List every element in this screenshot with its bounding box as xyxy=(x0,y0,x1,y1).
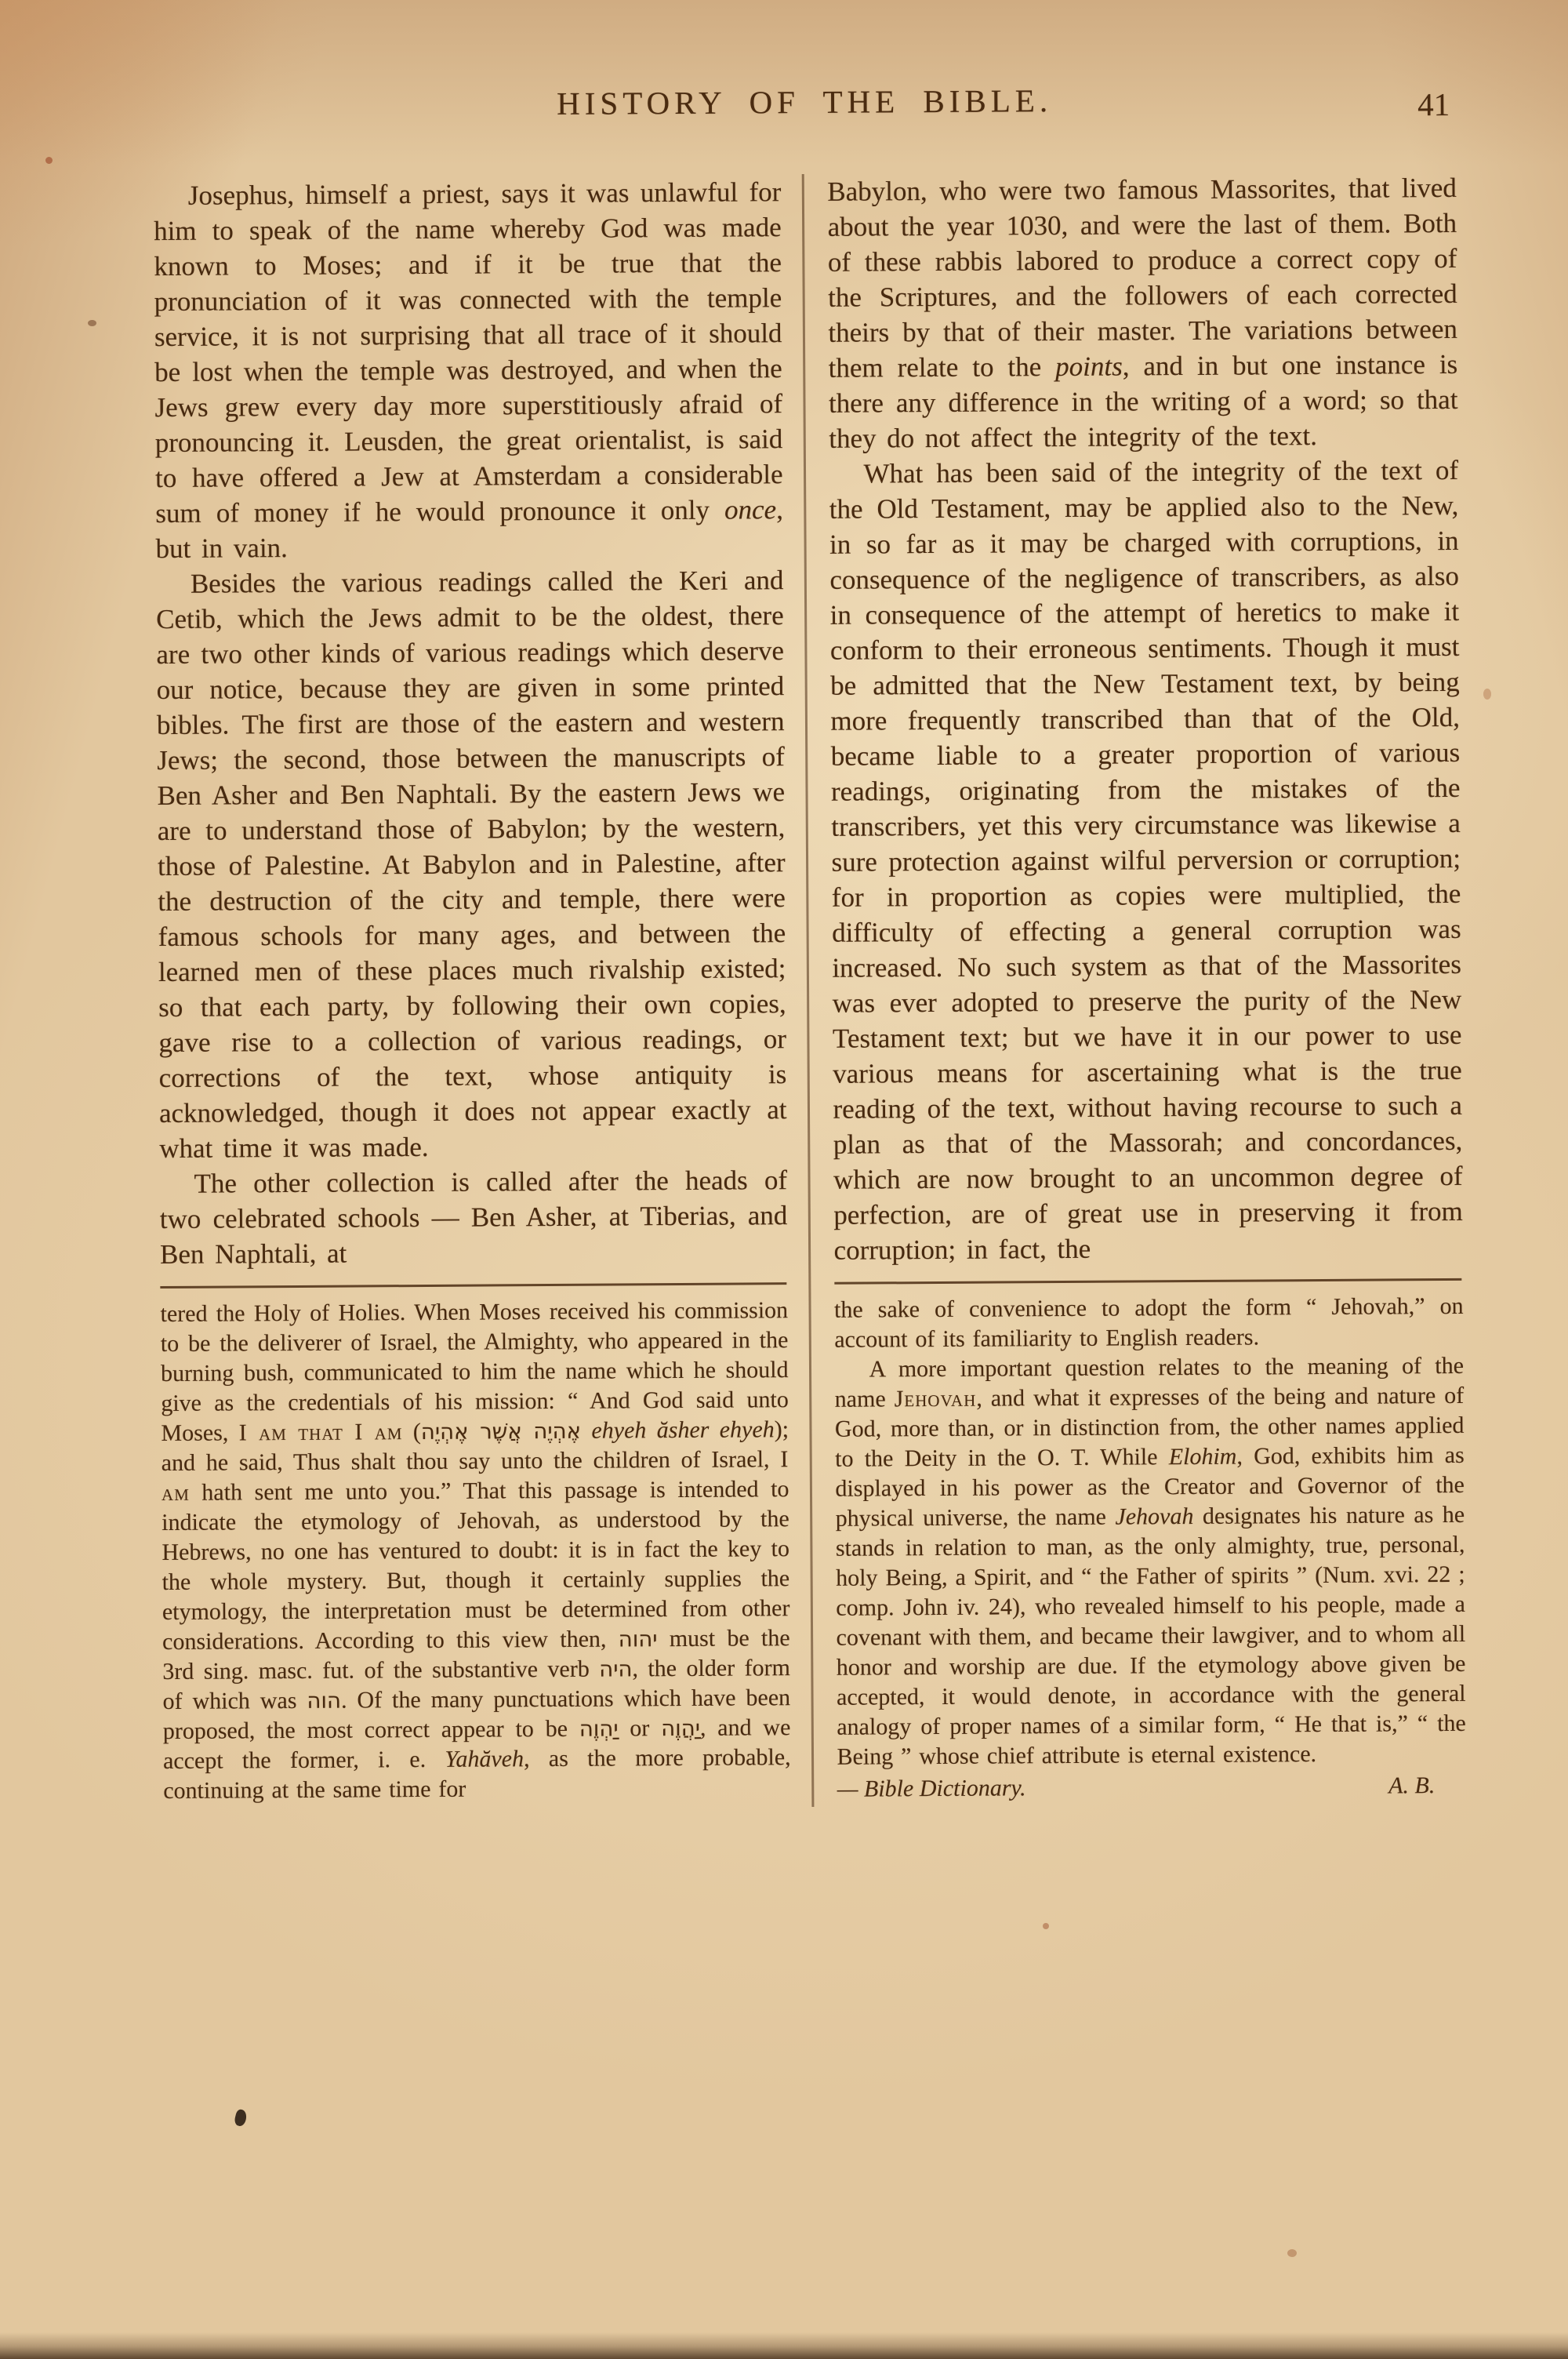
page-content: HISTORY OF THE BIBLE. 41 Josephus, himse… xyxy=(153,79,1466,1811)
hebrew-text-segment: יַהְוֶה xyxy=(579,1715,619,1741)
right-column-main-text: Babylon, who were two famous Massorites,… xyxy=(827,170,1463,1268)
ink-blot xyxy=(234,2109,249,2128)
text-segment: Jehovah xyxy=(1115,1503,1193,1530)
text-segment: The other collection is called after the… xyxy=(160,1165,788,1270)
paragraph: Besides the various readings called the … xyxy=(156,562,787,1166)
text-segment: or xyxy=(618,1715,661,1741)
page-number: 41 xyxy=(1417,85,1450,123)
right-column-footnote: the sake of convenience to adopt the for… xyxy=(834,1292,1466,1772)
left-footnote-rule xyxy=(160,1282,786,1289)
hebrew-text-segment: הוה xyxy=(307,1688,341,1714)
text-segment: designates his nature as he stands in re… xyxy=(836,1502,1466,1770)
text-segment: Yahăveh xyxy=(445,1746,524,1772)
hebrew-text-segment: היה xyxy=(599,1656,632,1681)
text-segment: Josephus, himself a priest, says it was … xyxy=(154,176,783,529)
running-head: HISTORY OF THE BIBLE. 41 xyxy=(153,79,1456,154)
left-column-main-text: Josephus, himself a priest, says it was … xyxy=(154,174,788,1272)
text-segment xyxy=(581,1418,592,1444)
book-page: HISTORY OF THE BIBLE. 41 Josephus, himse… xyxy=(0,0,1568,2359)
text-segment: ( xyxy=(402,1419,421,1445)
paragraph: The other collection is called after the… xyxy=(159,1162,787,1272)
paper-speck xyxy=(88,320,96,326)
page-title: HISTORY OF THE BIBLE. xyxy=(153,79,1456,125)
right-column: Babylon, who were two famous Massorites,… xyxy=(804,170,1466,1807)
paragraph: Babylon, who were two famous Massorites,… xyxy=(827,170,1458,456)
left-column: Josephus, himself a priest, says it was … xyxy=(154,174,811,1811)
text-segment: once xyxy=(724,494,776,525)
text-segment: the sake of convenience to adopt the for… xyxy=(834,1293,1464,1353)
paragraph: What has been said of the integrity of t… xyxy=(829,453,1463,1268)
paragraph: the sake of convenience to adopt the for… xyxy=(834,1292,1464,1355)
hebrew-text-segment: יהוה xyxy=(619,1626,658,1652)
text-segment: Jehovah xyxy=(895,1386,977,1412)
footnote-author-initials: A. B. xyxy=(1388,1768,1435,1803)
hebrew-text-segment: אֶהְיֶה אֲשֶׁר אֶהְיֶה xyxy=(421,1418,581,1445)
hebrew-text-segment: יַהֲוֶה xyxy=(661,1715,700,1741)
paragraph: Josephus, himself a priest, says it was … xyxy=(154,174,784,566)
right-footnote-rule xyxy=(834,1278,1462,1285)
paper-speck xyxy=(1287,2249,1297,2257)
text-segment: What has been said of the integrity of t… xyxy=(829,455,1463,1266)
text-segment: Elohim xyxy=(1169,1444,1237,1470)
paragraph: A more important question relates to the… xyxy=(834,1351,1466,1772)
paper-speck xyxy=(45,157,53,164)
paragraph: tered the Holy of Holies. When Moses rec… xyxy=(160,1296,790,1806)
two-column-text-block: Josephus, himself a priest, says it was … xyxy=(154,170,1467,1811)
footnote-signature-line: — Bible Dictionary. A. B. xyxy=(837,1768,1467,1807)
text-segment: I am that I am xyxy=(239,1419,403,1445)
footnote-source: — Bible Dictionary. xyxy=(837,1771,1026,1806)
paper-speck xyxy=(1483,689,1491,700)
paper-speck xyxy=(1043,1923,1049,1929)
text-segment: Besides the various readings called the … xyxy=(156,565,787,1164)
text-segment: points xyxy=(1055,351,1123,383)
left-column-footnote: tered the Holy of Holies. When Moses rec… xyxy=(160,1296,790,1806)
text-segment: ehyeh ăsher ehyeh xyxy=(591,1416,774,1443)
